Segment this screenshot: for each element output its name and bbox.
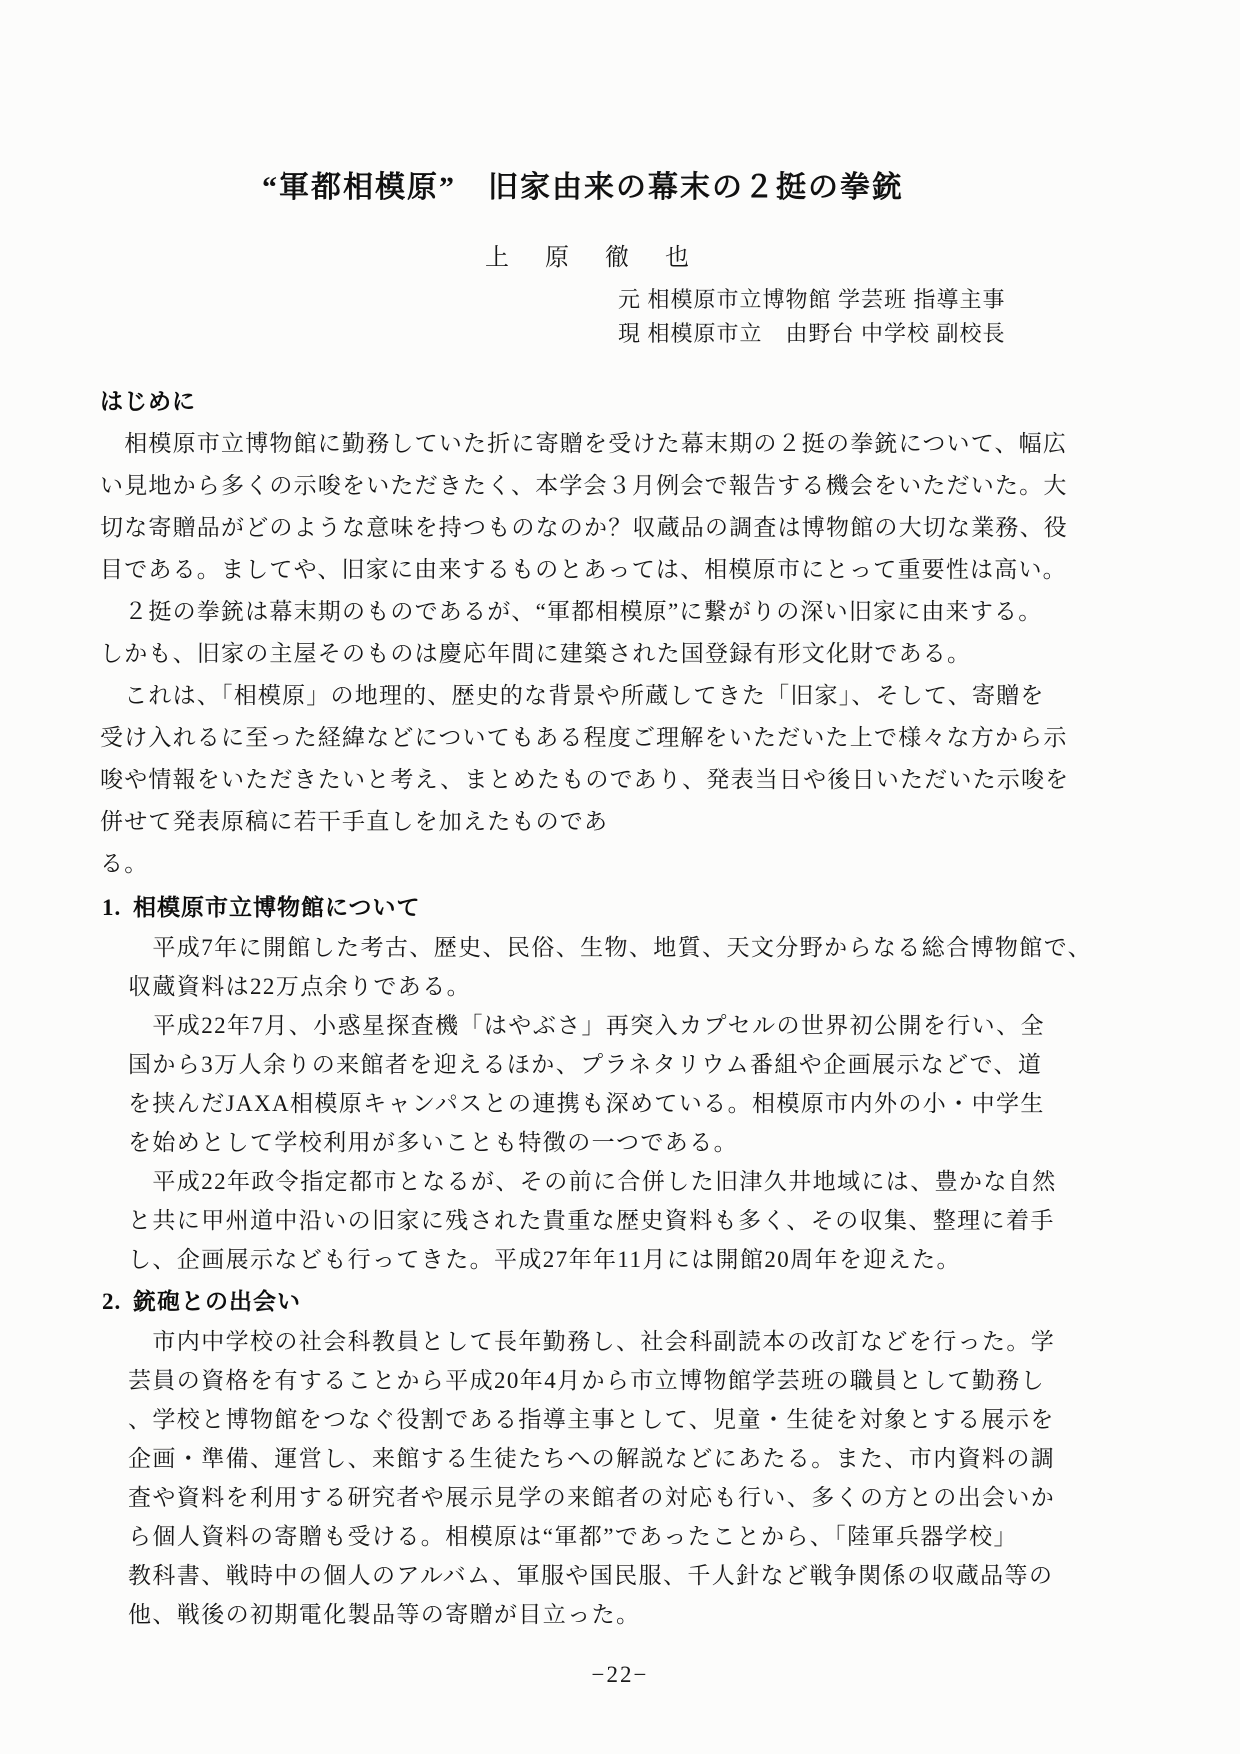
section-2-title: 銃砲との出会い — [133, 1286, 301, 1318]
author-affiliations: 元 相模原市立博物館 学芸班 指導主事 現 相模原市立 由野台 中学校 副校長 — [618, 283, 1240, 351]
text-line: 国から3万人余りの来館者を迎えるほか、プラネタリウム番組や企画展示などで、道 — [128, 1045, 1240, 1084]
text-line: 市内中学校の社会科教員として長年勤務し、社会科副読本の改訂などを行った。学 — [128, 1322, 1240, 1361]
text-line: い見地から多くの示唆をいただきたく、本学会３月例会で報告する機会をいただいた。大 — [100, 465, 1240, 507]
page-number: −22− — [0, 1662, 1240, 1688]
text-line: 受け入れるに至った経緯などについてもある程度ご理解をいただいた上で様々な方から示 — [100, 717, 1240, 759]
text-line: 目である。ましてや、旧家に由来するものとあっては、相模原市にとって重要性は高い。 — [100, 549, 1240, 591]
text-line: 唆や情報をいただきたいと考え、まとめたものであり、発表当日や後日いただいた示唆を — [100, 759, 1240, 801]
text-line: 、学校と博物館をつなぐ役割である指導主事として、児童・生徒を対象とする展示を — [128, 1400, 1240, 1439]
section-1-title: 相模原市立博物館について — [133, 892, 421, 924]
text-line: 平成22年7月、小惑星探査機「はやぶさ」再突入カプセルの世界初公開を行い、全 — [128, 1006, 1240, 1045]
text-line: し、企画展示なども行ってきた。平成27年年11月には開館20周年を迎えた。 — [128, 1240, 1240, 1279]
page-title: “軍都相模原” 旧家由来の幕末の２挺の拳銃 — [0, 0, 1240, 207]
section-1-heading: 1. 相模原市立博物館について — [102, 892, 1240, 924]
section-2-heading: 2. 銃砲との出会い — [102, 1286, 1240, 1318]
text-line: 査や資料を利用する研究者や展示見学の来館者の対応も行い、多くの方との出会いか — [128, 1478, 1240, 1517]
affiliation-former: 元 相模原市立博物館 学芸班 指導主事 — [618, 283, 1240, 317]
text-line: を挟んだJAXA相模原キャンパスとの連携も深めている。相模原市内外の小・中学生 — [128, 1084, 1240, 1123]
affiliation-current: 現 相模原市立 由野台 中学校 副校長 — [618, 317, 1240, 351]
text-line: 相模原市立博物館に勤務していた折に寄贈を受けた幕末期の２挺の拳銃について、幅広 — [100, 423, 1240, 465]
text-line: 教科書、戦時中の個人のアルバム、軍服や国民服、千人針など戦争関係の収蔵品等の — [128, 1556, 1240, 1595]
section-2-number: 2. — [102, 1286, 133, 1318]
intro-heading: はじめに — [100, 387, 1240, 417]
section-1-number: 1. — [102, 892, 133, 924]
text-line: 平成7年に開館した考古、歴史、民俗、生物、地質、天文分野からなる総合博物館で、 — [128, 928, 1240, 967]
text-line: ら個人資料の寄贈も受ける。相模原は“軍都”であったことから、「陸軍兵器学校」 — [128, 1517, 1240, 1556]
text-line: しかも、旧家の主屋そのものは慶応年間に建築された国登録有形文化財である。 — [100, 633, 1240, 675]
author-name: 上 原 徹 也 — [0, 207, 1240, 273]
text-line: これは、「相模原」の地理的、歴史的な背景や所蔵してきた「旧家」、そして、寄贈を — [100, 675, 1240, 717]
text-line: 他、戦後の初期電化製品等の寄贈が目立った。 — [128, 1595, 1240, 1634]
section-2-body: 市内中学校の社会科教員として長年勤務し、社会科副読本の改訂などを行った。学 芸員… — [128, 1322, 1240, 1634]
section-1-body: 平成7年に開館した考古、歴史、民俗、生物、地質、天文分野からなる総合博物館で、 … — [128, 928, 1240, 1279]
text-line: 平成22年政令指定都市となるが、その前に合併した旧津久井地域には、豊かな自然 — [128, 1162, 1240, 1201]
text-line: を始めとして学校利用が多いことも特徴の一つである。 — [128, 1123, 1240, 1162]
text-line: と共に甲州道中沿いの旧家に残された貴重な歴史資料も多く、その収集、整理に着手 — [128, 1201, 1240, 1240]
text-line: 切な寄贈品がどのような意味を持つものなのか？収蔵品の調査は博物館の大切な業務、役 — [100, 507, 1240, 549]
text-line: 収蔵資料は22万点余りである。 — [128, 967, 1240, 1006]
text-line: 企画・準備、運営し、来館する生徒たちへの解説などにあたる。また、市内資料の調 — [128, 1439, 1240, 1478]
text-line: ２挺の拳銃は幕末期のものであるが、“軍都相模原”に繋がりの深い旧家に由来する。 — [100, 591, 1240, 633]
document-page: “軍都相模原” 旧家由来の幕末の２挺の拳銃 上 原 徹 也 元 相模原市立博物館… — [0, 0, 1240, 1754]
text-line: 芸員の資格を有することから平成20年4月から市立博物館学芸班の職員として勤務し — [128, 1361, 1240, 1400]
text-line: 併せて発表原稿に若干手直しを加えたものであ — [100, 801, 1240, 843]
text-line: る。 — [100, 843, 1240, 885]
intro-paragraphs: 相模原市立博物館に勤務していた折に寄贈を受けた幕末期の２挺の拳銃について、幅広 … — [100, 423, 1240, 885]
